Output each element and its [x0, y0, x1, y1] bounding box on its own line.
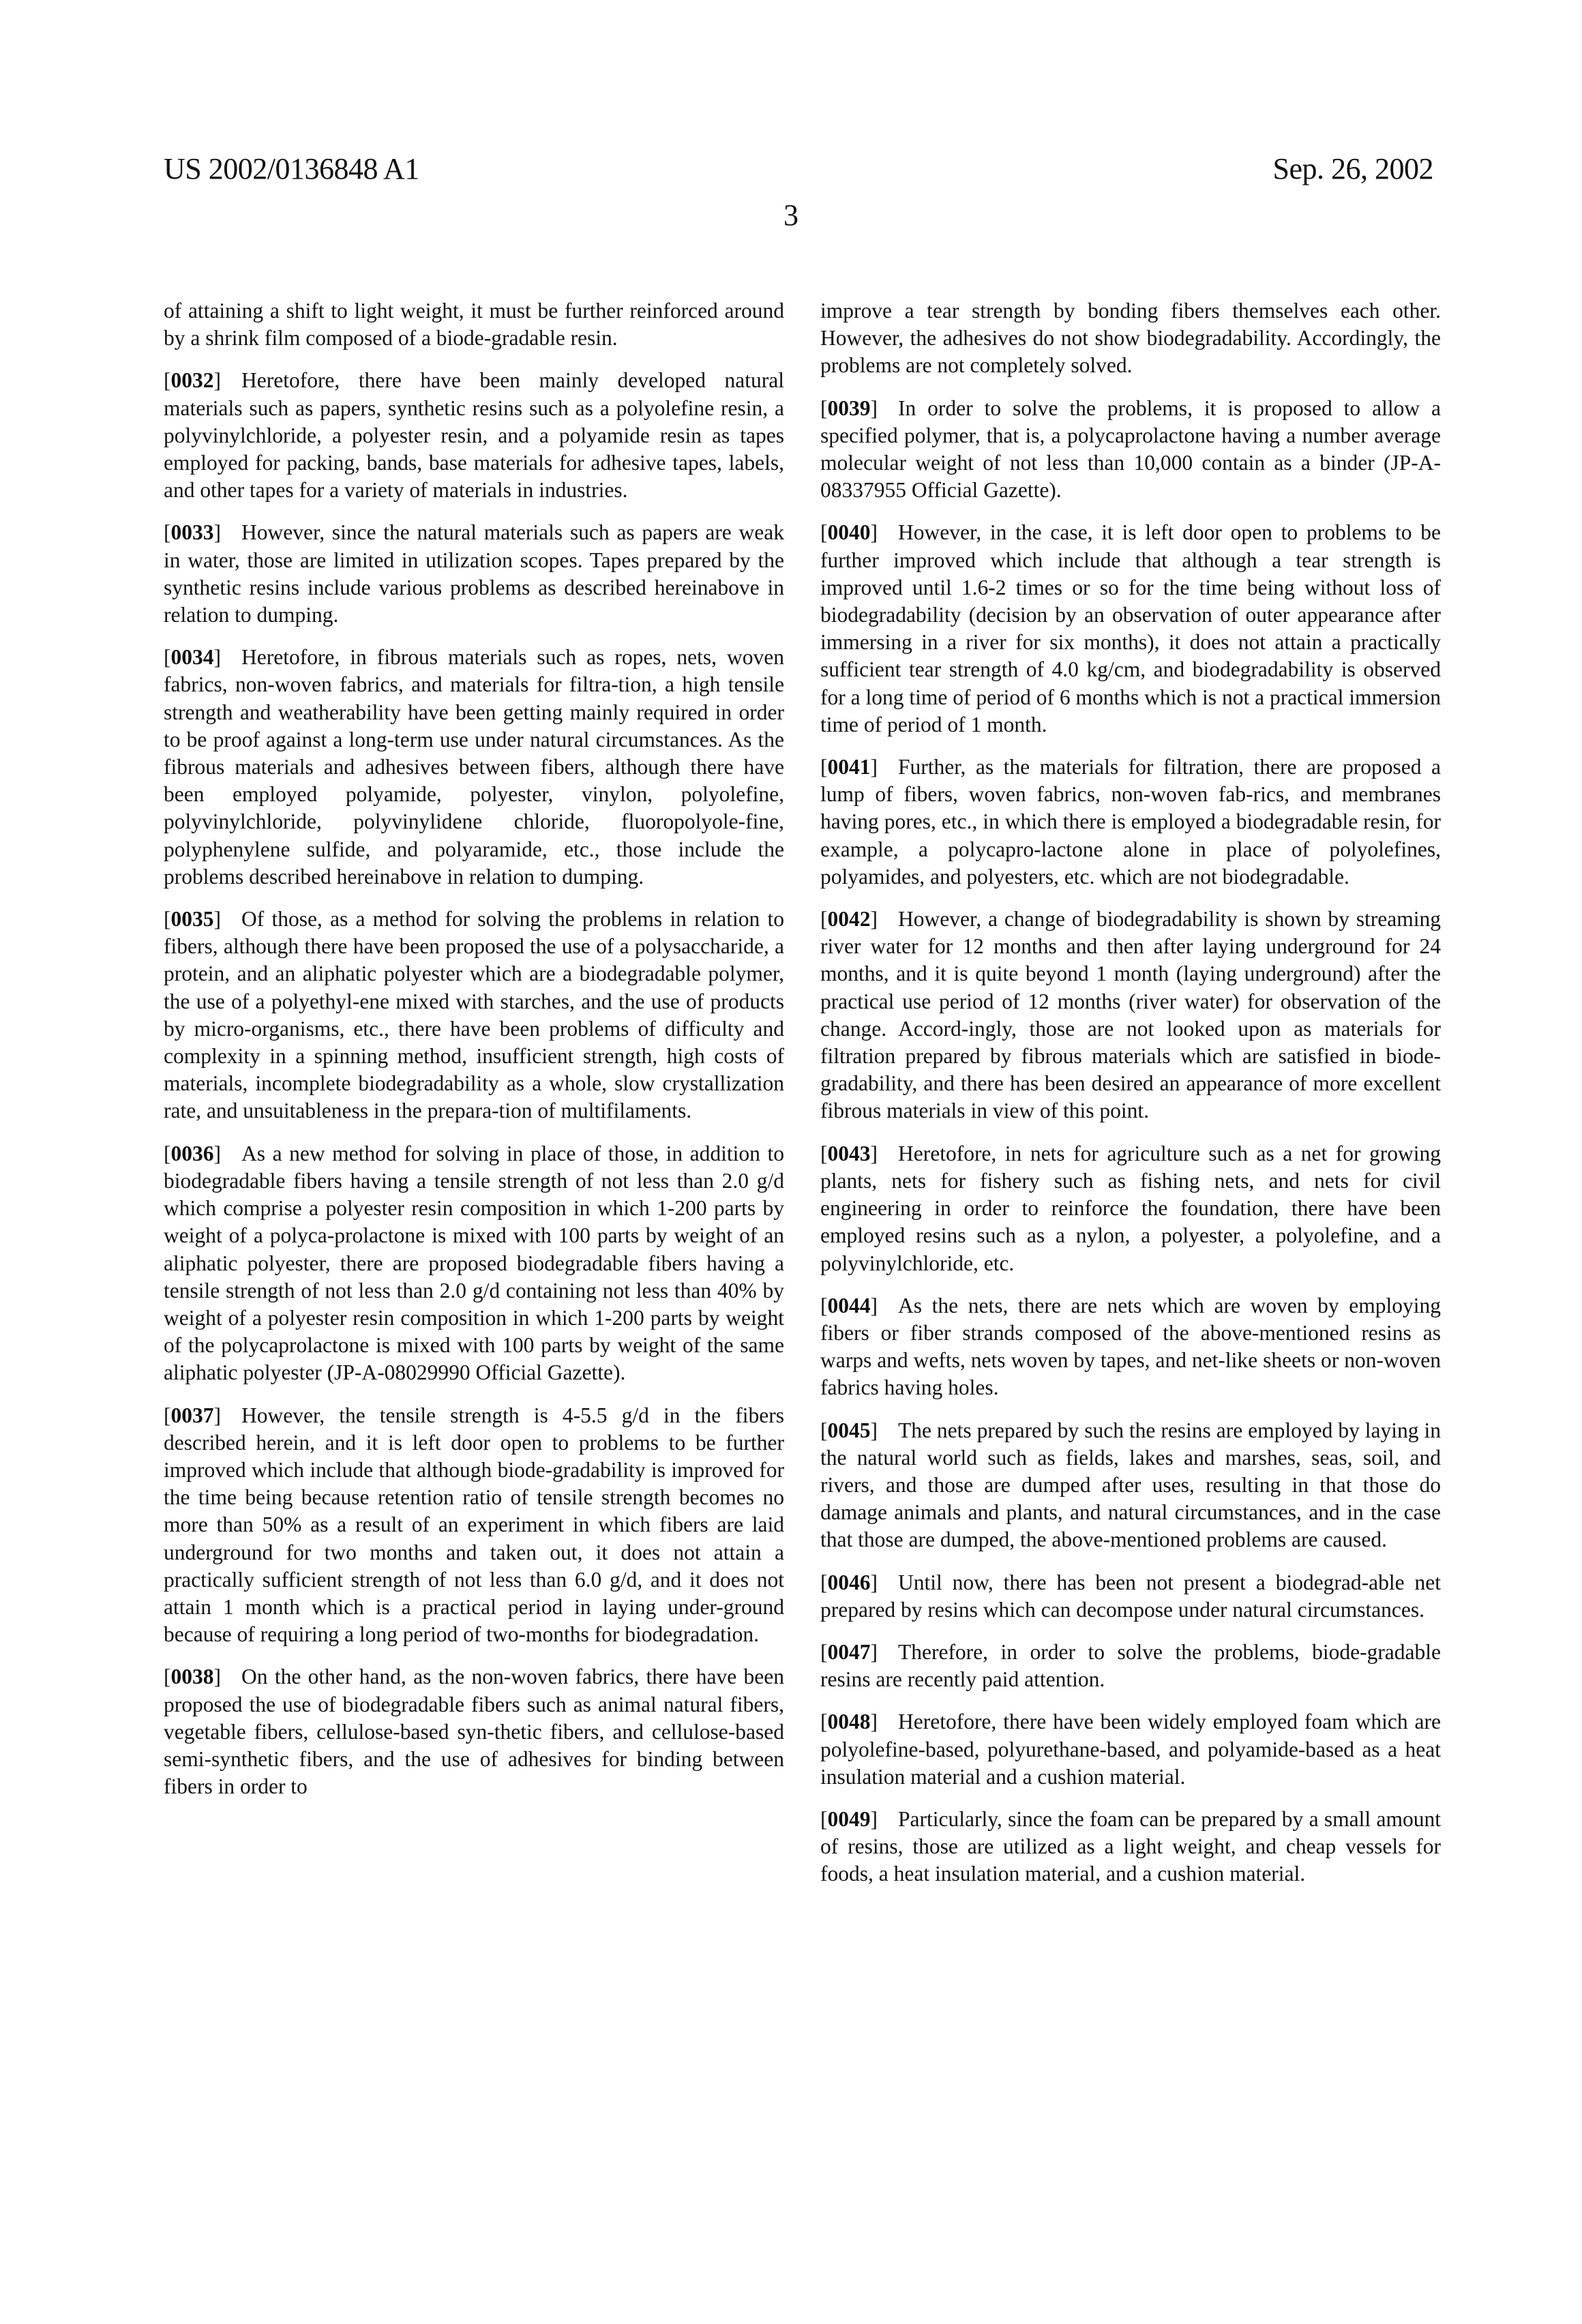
paragraph-number: [0044]	[820, 1294, 878, 1317]
publication-date: Sep. 26, 2002	[1273, 151, 1434, 186]
paragraph-text: Therefore, in order to solve the problem…	[820, 1640, 1441, 1691]
paragraph-number: [0043]	[820, 1142, 878, 1165]
paragraph-number: [0041]	[820, 755, 878, 779]
paragraph-0032: [0032]Heretofore, there have been mainly…	[164, 367, 784, 504]
right-column: improve a tear strength by bonding fiber…	[820, 297, 1441, 1903]
paragraph-0040: [0040]However, in the case, it is left d…	[820, 519, 1441, 739]
paragraph-number: [0037]	[164, 1403, 221, 1427]
paragraph-0038: [0038]On the other hand, as the non-wove…	[164, 1663, 784, 1800]
paragraph-0034: [0034]Heretofore, in fibrous materials s…	[164, 644, 784, 891]
paragraph-number: [0033]	[164, 520, 221, 544]
publication-number: US 2002/0136848 A1	[164, 151, 419, 186]
paragraph-text: However, the tensile strength is 4-5.5 g…	[164, 1403, 784, 1647]
paragraph-text: Heretofore, in fibrous materials such as…	[164, 645, 784, 889]
paragraph-text: However, since the natural materials suc…	[164, 520, 784, 627]
paragraph-number: [0039]	[820, 396, 878, 420]
paragraph-0043: [0043]Heretofore, in nets for agricultur…	[820, 1140, 1441, 1277]
paragraph-text: Heretofore, in nets for agriculture such…	[820, 1142, 1441, 1275]
page-header: US 2002/0136848 A1 Sep. 26, 2002	[164, 151, 1433, 192]
paragraph-0035: [0035]Of those, as a method for solving …	[164, 906, 784, 1125]
paragraph-number: [0047]	[820, 1640, 878, 1664]
paragraph-number: [0049]	[820, 1807, 878, 1831]
paragraph-0036: [0036]As a new method for solving in pla…	[164, 1140, 784, 1387]
page-number: 3	[0, 198, 1582, 233]
continuation-paragraph: of attaining a shift to light weight, it…	[164, 297, 784, 352]
paragraph-0042: [0042]However, a change of biodegradabil…	[820, 906, 1441, 1125]
paragraph-text: In order to solve the problems, it is pr…	[820, 396, 1441, 503]
paragraph-number: [0040]	[820, 520, 878, 544]
continuation-paragraph: improve a tear strength by bonding fiber…	[820, 297, 1441, 380]
paragraph-0045: [0045]The nets prepared by such the resi…	[820, 1417, 1441, 1554]
paragraph-text: Until now, there has been not present a …	[820, 1570, 1441, 1622]
paragraph-text: Further, as the materials for filtration…	[820, 755, 1441, 889]
paragraph-text: Particularly, since the foam can be prep…	[820, 1807, 1441, 1886]
paragraph-0041: [0041]Further, as the materials for filt…	[820, 754, 1441, 891]
paragraph-text: The nets prepared by such the resins are…	[820, 1418, 1441, 1552]
paragraph-0039: [0039]In order to solve the problems, it…	[820, 395, 1441, 505]
paragraph-number: [0048]	[820, 1710, 878, 1733]
paragraph-text: On the other hand, as the non-woven fabr…	[164, 1665, 784, 1798]
paragraph-text: Of those, as a method for solving the pr…	[164, 907, 784, 1122]
paragraph-number: [0042]	[820, 907, 878, 931]
paragraph-text: As a new method for solving in place of …	[164, 1142, 784, 1385]
left-column: of attaining a shift to light weight, it…	[164, 297, 784, 1815]
paragraph-text: However, a change of biodegradability is…	[820, 907, 1441, 1122]
paragraph-number: [0038]	[164, 1665, 221, 1688]
paragraph-text: Heretofore, there have been widely emplo…	[820, 1710, 1441, 1788]
paragraph-0046: [0046]Until now, there has been not pres…	[820, 1569, 1441, 1624]
paragraph-text: As the nets, there are nets which are wo…	[820, 1294, 1441, 1400]
paragraph-number: [0034]	[164, 645, 221, 669]
paragraph-0033: [0033]However, since the natural materia…	[164, 519, 784, 629]
paragraph-text: Heretofore, there have been mainly devel…	[164, 368, 784, 502]
paragraph-number: [0036]	[164, 1142, 221, 1165]
paragraph-number: [0032]	[164, 368, 221, 392]
paragraph-0047: [0047]Therefore, in order to solve the p…	[820, 1639, 1441, 1693]
paragraph-text: However, in the case, it is left door op…	[820, 520, 1441, 736]
paragraph-0044: [0044]As the nets, there are nets which …	[820, 1292, 1441, 1402]
paragraph-0049: [0049]Particularly, since the foam can b…	[820, 1806, 1441, 1888]
paragraph-number: [0035]	[164, 907, 221, 931]
paragraph-number: [0046]	[820, 1570, 878, 1594]
paragraph-0048: [0048]Heretofore, there have been widely…	[820, 1708, 1441, 1791]
paragraph-0037: [0037]However, the tensile strength is 4…	[164, 1402, 784, 1649]
paragraph-number: [0045]	[820, 1418, 878, 1442]
